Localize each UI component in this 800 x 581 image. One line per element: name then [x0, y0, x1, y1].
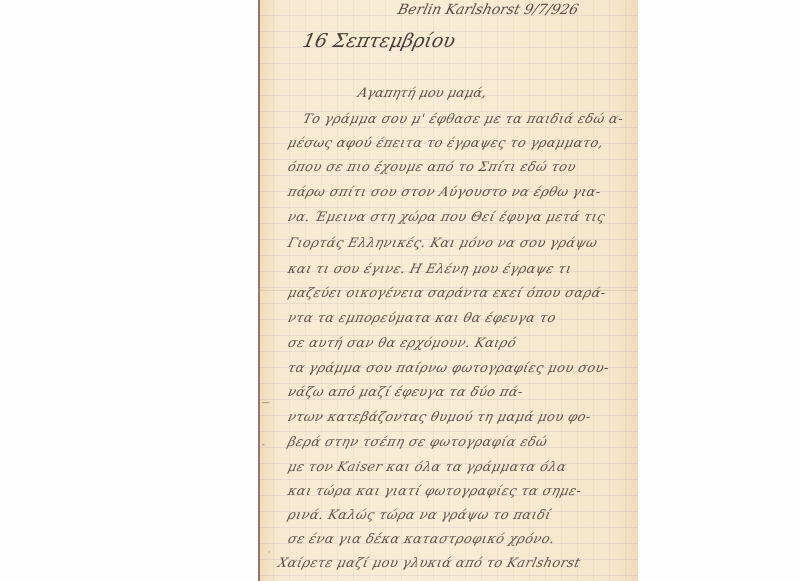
letter-line: ρινά. Καλώς τώρα να γράψω το παιδί: [286, 508, 638, 523]
letter-salutation: Αγαπητή μου μαμά,: [356, 86, 488, 101]
letter-date-line: 16 Σεπτεμβρίου: [301, 30, 458, 52]
document-scan: Berlin Karlshorst 9/7/926 16 Σεπτεμβρίου…: [0, 0, 800, 581]
letter-line: ντα τα εμπορεύματα και θα έφευγα το: [286, 311, 638, 326]
letter-line: και τώρα και γιατί φωτογραφίες τα σημε-: [286, 484, 638, 499]
letter-line: σε ένα για δέκα καταστροφικό χρόνο.: [286, 532, 638, 547]
letter-line: μαζεύει οικογένεια σαράντα εκεί όπου σαρ…: [286, 286, 638, 301]
margin-mark: —: [262, 398, 270, 407]
letter-line: με τον Kaiser και όλα τα γράμματα όλα: [286, 460, 638, 475]
letter-page: Berlin Karlshorst 9/7/926 16 Σεπτεμβρίου…: [258, 0, 638, 581]
letter-line: να. Έμεινα στη χώρα που Θεί έφυγα μετά τ…: [286, 210, 638, 225]
letter-line: πάρω σπίτι σου στον Αύγουστο να έρθω για…: [286, 185, 638, 200]
letter-line: και τι σου έγινε. Η Ελένη μου έγραψε τι: [286, 262, 638, 277]
letter-place-date: Berlin Karlshorst 9/7/926: [396, 2, 580, 18]
letter-line: ντων κατεβάζοντας θυμού τη μαμά μου φο-: [286, 410, 638, 425]
letter-line: σε αυτή σαν θα ερχόμουν. Καιρό: [286, 336, 638, 351]
letter-line: Γιορτάς Ελληνικές. Και μόνο να σου γράψω: [286, 236, 638, 251]
margin-mark: ·: [268, 548, 271, 557]
letter-line: Χαίρετε μαζί μου γλυκιά από το Karlshors…: [276, 556, 638, 571]
margin-mark: -: [262, 440, 265, 449]
letter-line: νάζω από μαζί έφευγα τα δύο πά-: [286, 385, 638, 400]
letter-line: όπου σε πιο έχουμε από το Σπίτι εδώ του: [286, 160, 638, 175]
letter-line: βερά στην τσέπη σε φωτογραφία εδώ: [286, 435, 638, 450]
letter-line: Το γράμμα σου μ' έφθασε με τα παιδιά εδώ…: [301, 112, 638, 127]
letter-line: μέσως αφού έπειτα το έγραψες το γραμματο…: [286, 136, 638, 151]
letter-line: τα γράμμα σου παίρνω φωτογραφίες μου σου…: [286, 361, 638, 376]
